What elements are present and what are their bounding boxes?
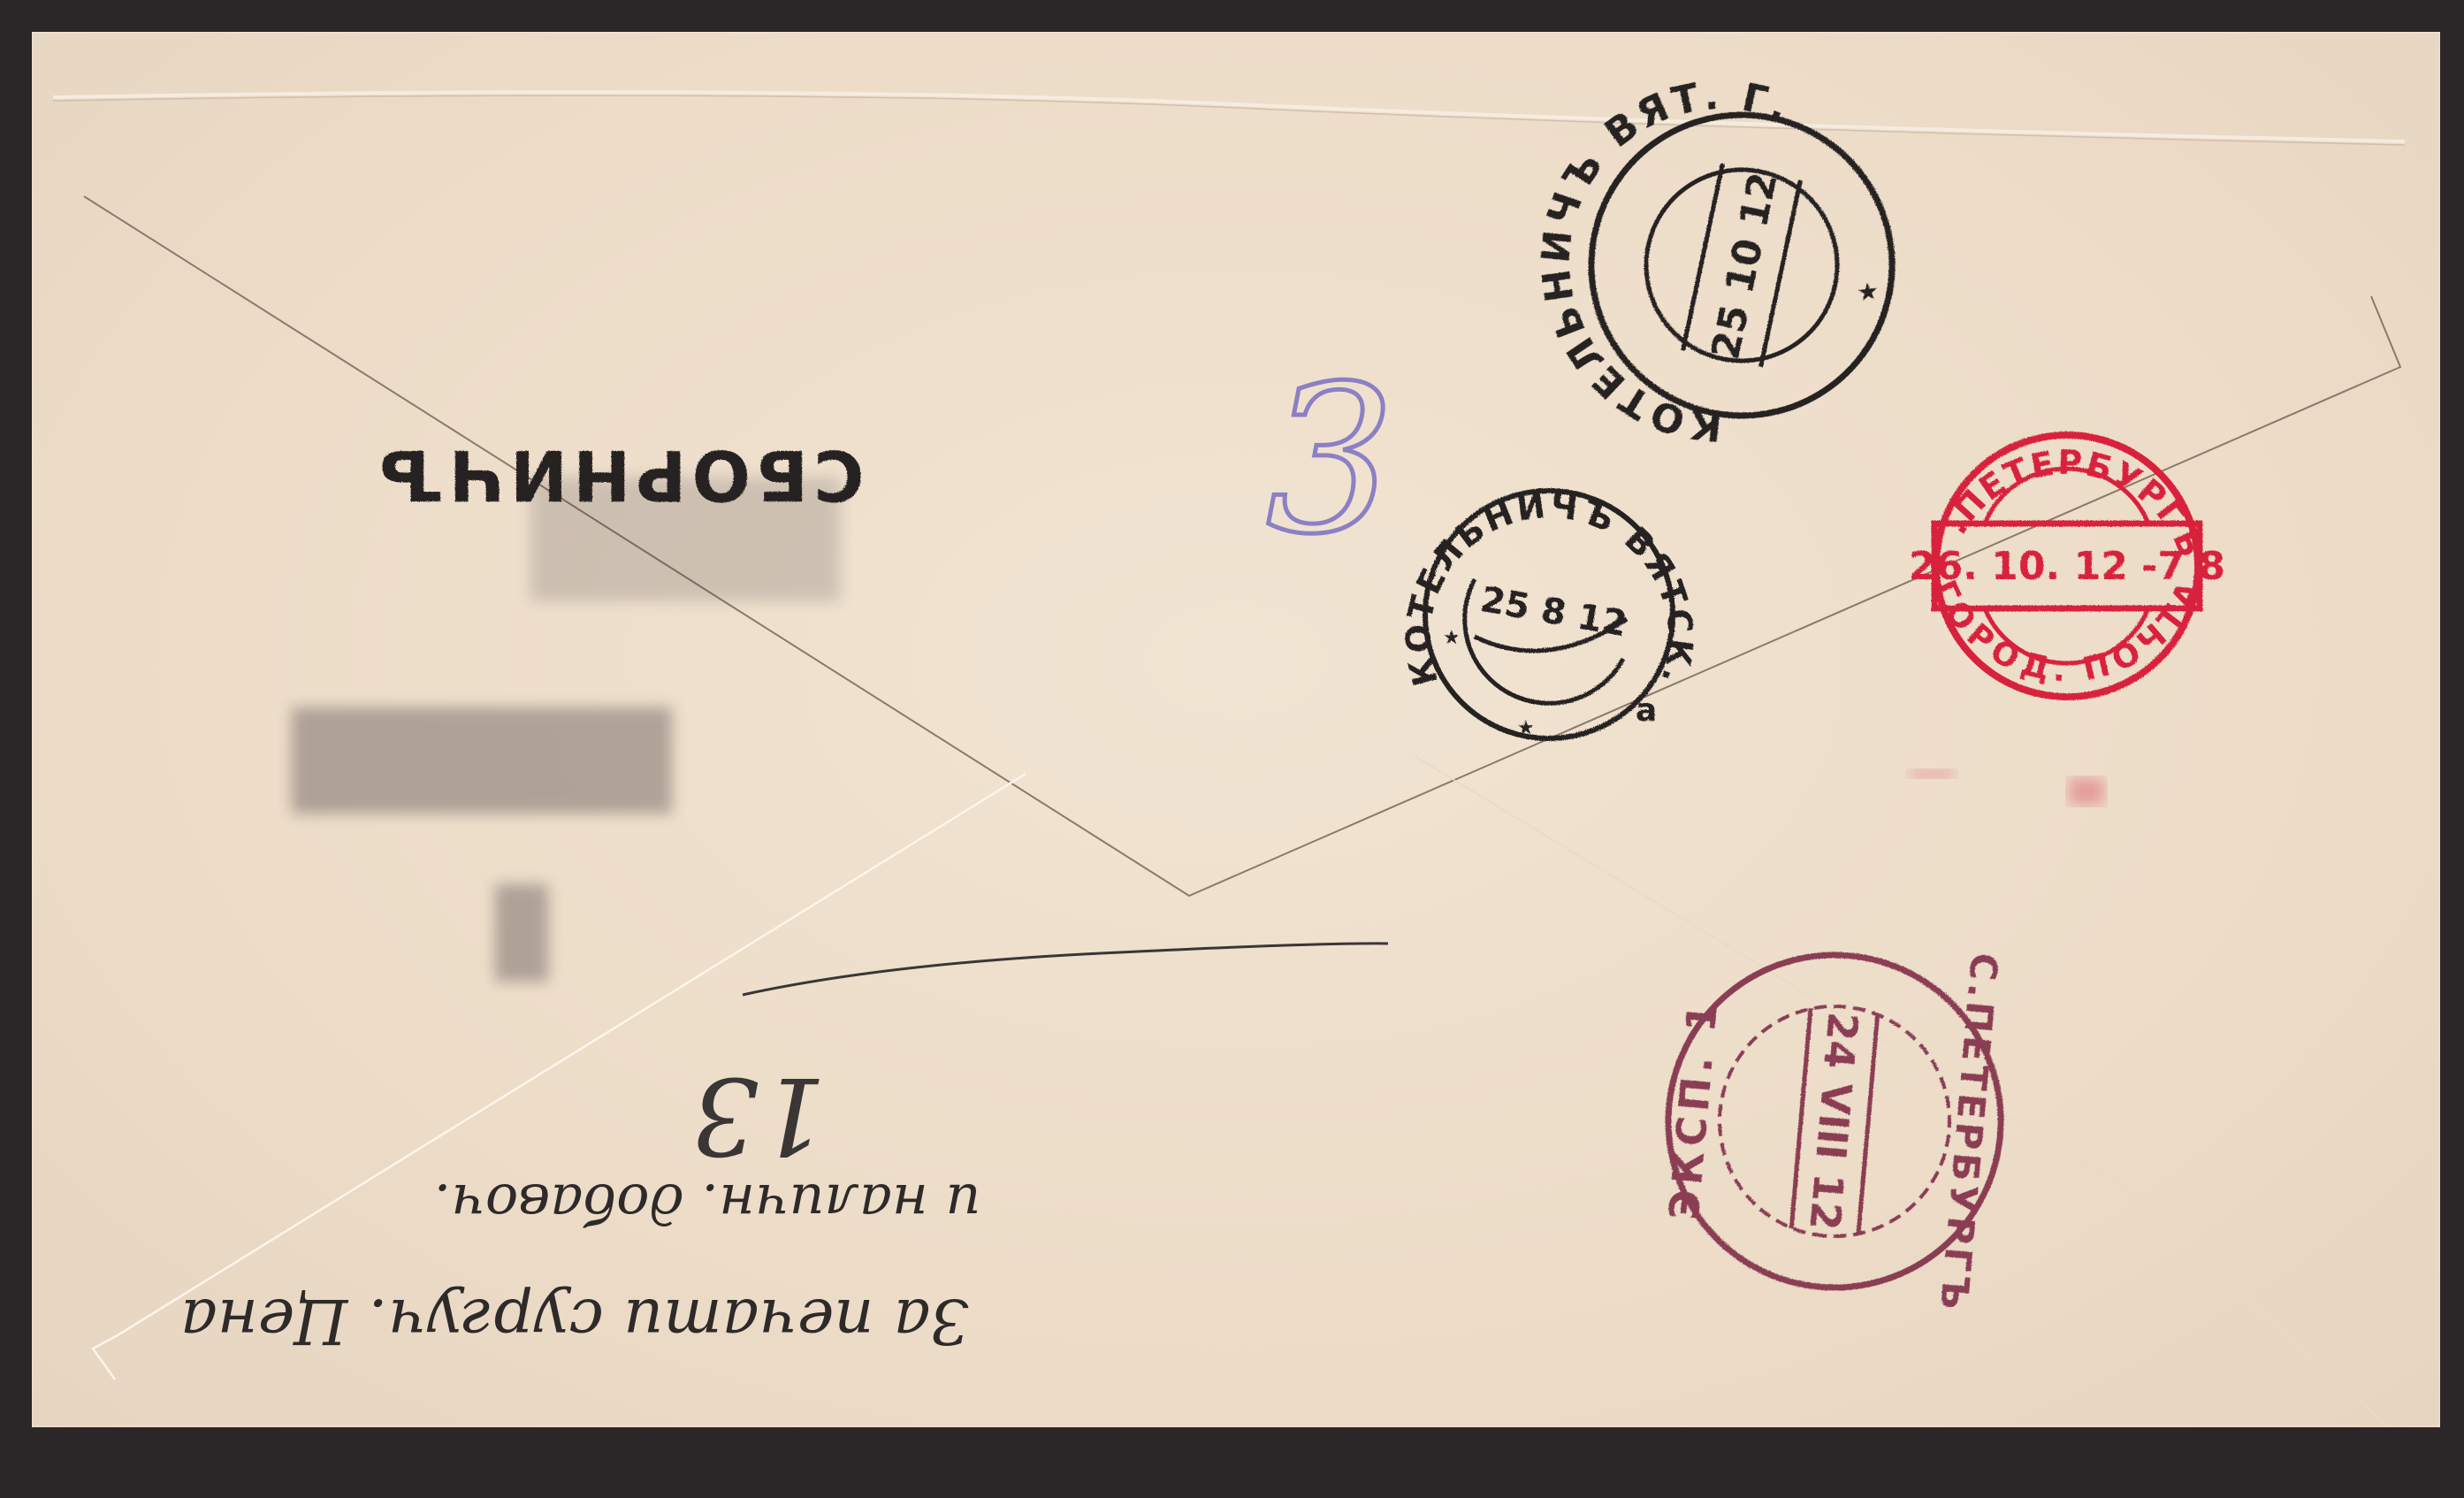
svg-text:С.ПЕТЕРБУРГЪ: С.ПЕТЕРБУРГЪ <box>0 0 2211 564</box>
svg-text:★: ★ <box>1851 279 1884 306</box>
svg-text:25 8 12: 25 8 12 <box>1477 579 1629 645</box>
svg-text:ЭКСП. 1: ЭКСП. 1 <box>1660 997 1728 1222</box>
postmark-kotelnich-upper: КОТЕЛЬНИЧЪ ВЯТ. Г. 25 10 12 ★ <box>1499 38 1928 480</box>
pencil-annotation: 13 <box>691 944 1388 1176</box>
ink-offset-smudge <box>292 478 840 982</box>
svg-text:а: а <box>1636 692 1657 729</box>
svg-text:ГОРОД. ПОЧТА: ГОРОД. ПОЧТА <box>1926 575 2208 689</box>
svg-text:и наличн. добавоч.: и наличн. добавоч. <box>434 1172 981 1236</box>
svg-text:13: 13 <box>691 1053 827 1176</box>
red-ink-offset <box>1910 769 2104 805</box>
boxed-stamp-sborn: СБОРНИЧЪ <box>373 434 864 514</box>
blue-pencil-numeral: 3 <box>1266 343 1395 579</box>
handwriting: и наличн. добавоч. За печати сургуч. Цен… <box>180 1172 980 1357</box>
svg-text:СБОРНИЧЪ: СБОРНИЧЪ <box>373 434 864 514</box>
postmark-kotelnich-lower: КОТЕЛЬНИЧЪ ВЯТСК. 25 8 12 а ★ ★ <box>1399 486 1700 739</box>
svg-text:КОТЕЛЬНИЧЪ ВЯТСК.: КОТЕЛЬНИЧЪ ВЯТСК. <box>1399 486 1700 692</box>
postmark-spb-expedition: 24 VIII 12 С.ПЕТЕРБУРГЪ ЭКСП. 1 <box>1653 927 2016 1315</box>
postmark-spb-city-post: С.ПЕТЕРБУРГЪ ГОРОД. ПОЧТА 26. 10. 12 -7 … <box>0 0 2225 697</box>
svg-text:24 VIII 12: 24 VIII 12 <box>1800 1011 1866 1233</box>
svg-text:С.ПЕТЕРБУРГЪ: С.ПЕТЕРБУРГЪ <box>1932 952 2006 1315</box>
svg-text:За печати сургуч. Цена: За печати сургуч. Цена <box>180 1285 969 1357</box>
svg-text:★: ★ <box>1517 717 1535 739</box>
svg-text:26. 10. 12 -7 8: 26. 10. 12 -7 8 <box>1909 544 2225 589</box>
envelope-markings: СБОРНИЧЪ 3 КОТЕЛЬНИЧЪ ВЯТ. Г. 25 10 12 ★… <box>0 0 2464 1498</box>
top-fold-crease <box>53 92 2405 141</box>
svg-text:★: ★ <box>1443 627 1461 649</box>
